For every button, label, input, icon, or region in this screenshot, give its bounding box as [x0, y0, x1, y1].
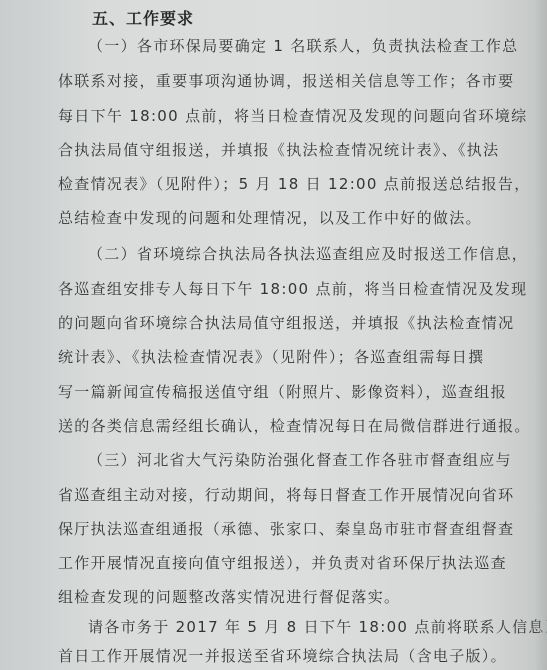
paragraph-1-line-5: 检查情况表》（见附件）；5 月 18 日 12:00 点前报送总结报告，: [58, 174, 531, 194]
paragraph-2-line-2: 各巡查组安排专人每日下午 18:00 点前，将当日检查情况及发现: [58, 279, 527, 299]
paragraph-2-line-6: 送的各类信息需经组长确认，检查情况每日在局微信群进行通报。: [58, 416, 531, 436]
section-heading: 五、工作要求: [92, 6, 194, 29]
page-edge-shadow: [535, 0, 547, 670]
paragraph-1-line-2: 体联系对接，重要事项沟通协调，报送相关信息等工作；各市要: [58, 71, 514, 91]
paragraph-3-line-3: 保厅执法巡查组通报（承德、张家口、秦皇岛市驻市督查组督查: [58, 519, 514, 539]
paragraph-1-line-1: （一）各市环保局要确定 1 名联系人，负责执法检查工作总: [88, 36, 518, 56]
paragraph-3-line-1: （三）河北省大气污染防治强化督查工作各驻市督查组应与: [88, 450, 512, 470]
paragraph-1-line-6: 总结检查中发现的问题和处理情况，以及工作中好的做法。: [58, 208, 482, 228]
paragraph-2-line-1: （二）省环境综合执法局各执法巡查组应及时报送工作信息，: [88, 244, 528, 264]
paragraph-2-line-5: 写一篇新闻宣传稿报送值守组（附照片、影像资料），巡查组报: [58, 382, 507, 402]
paragraph-4-line-2: 首日工作开展情况一并报送至省环境综合执法局（含电子版）。: [58, 646, 507, 666]
paragraph-1-line-4: 合执法局值守组报送，并填报《执法检查情况统计表》、《执法: [58, 140, 499, 160]
paragraph-3-line-2: 省巡查组主动对接，行动期间，将每日督查工作开展情况向省环: [58, 485, 514, 505]
paragraph-2-line-4: 统计表》、《执法检查情况表》（见附件）；各巡查组需每日撰: [58, 347, 484, 367]
paragraph-4-line-1: 请各市务于 2017 年 5 月 8 日下午 18:00 点前将联系人信息及: [88, 617, 547, 637]
paragraph-3-line-5: 组检查发现的问题整改落实情况进行督促落实。: [58, 587, 400, 607]
document-page: 五、工作要求 （一）各市环保局要确定 1 名联系人，负责执法检查工作总 体联系对…: [0, 0, 547, 670]
paragraph-3-line-4: 工作开展情况直接向值守组报送），并负责对省环保厅执法巡查: [58, 553, 507, 573]
paragraph-2-line-3: 的问题向省环境综合执法局值守组报送，并填报《执法检查情况: [58, 313, 514, 333]
paragraph-1-line-3: 每日下午 18:00 点前，将当日检查情况及发现的问题向省环境综: [58, 106, 527, 126]
